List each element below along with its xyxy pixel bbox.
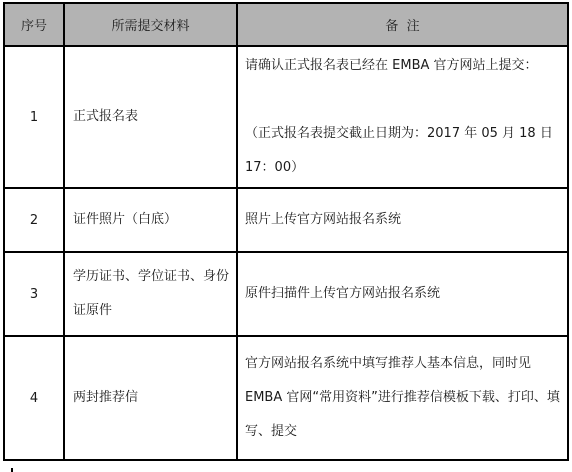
note-spacer [245, 83, 561, 117]
header-number: 序号 [4, 3, 64, 46]
table-row: 1 正式报名表 请确认正式报名表已经在 EMBA 官方网站上提交： （正式报名表… [4, 46, 568, 188]
note-deadline-text: （正式报名表提交截止日期为：2017 年 05 月 18 日 17：00） [245, 117, 561, 185]
header-notes: 备 注 [237, 3, 568, 46]
required-materials-table: 序号 所需提交材料 备 注 1 正式报名表 请确认正式报名表已经在 EMBA 官… [3, 2, 569, 461]
row-material: 学历证书、学位证书、身份证原件 [64, 252, 237, 336]
row-note: 原件扫描件上传官方网站报名系统 [237, 252, 568, 336]
row-note: 照片上传官方网站报名系统 [237, 188, 568, 252]
row-material: 正式报名表 [64, 46, 237, 188]
row-number: 1 [4, 46, 64, 188]
row-note: 官方网站报名系统中填写推荐人基本信息，同时见 EMBA 官网“常用资料”进行推荐… [237, 336, 568, 460]
row-material: 两封推荐信 [64, 336, 237, 460]
row-number: 2 [4, 188, 64, 252]
note-confirm-text: 请确认正式报名表已经在 EMBA 官方网站上提交： [245, 49, 561, 83]
table-header-row: 序号 所需提交材料 备 注 [4, 3, 568, 46]
row-material: 证件照片（白底） [64, 188, 237, 252]
row-number: 4 [4, 336, 64, 460]
corner-mark [11, 468, 13, 472]
header-materials: 所需提交材料 [64, 3, 237, 46]
table-row: 4 两封推荐信 官方网站报名系统中填写推荐人基本信息，同时见 EMBA 官网“常… [4, 336, 568, 460]
row-number: 3 [4, 252, 64, 336]
table-row: 2 证件照片（白底） 照片上传官方网站报名系统 [4, 188, 568, 252]
row-note: 请确认正式报名表已经在 EMBA 官方网站上提交： （正式报名表提交截止日期为：… [237, 46, 568, 188]
table-row: 3 学历证书、学位证书、身份证原件 原件扫描件上传官方网站报名系统 [4, 252, 568, 336]
